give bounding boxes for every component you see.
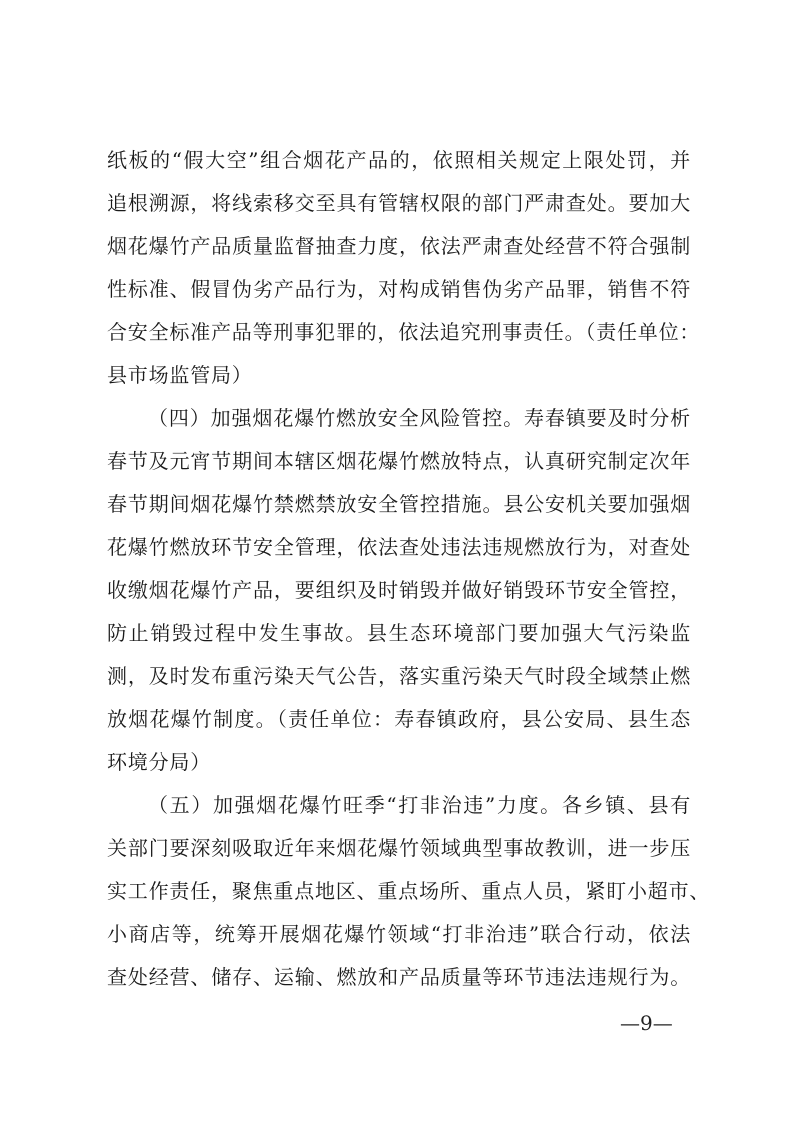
section-heading-line: （四）加强烟花爆竹燃放安全风险管控。寿春镇要及时分析	[107, 397, 691, 440]
text-line: 性标准、假冒伪劣产品行为，对构成销售伪劣产品罪，销售不符	[107, 268, 691, 311]
text-line: 放烟花爆竹制度。（责任单位：寿春镇政府，县公安局、县生态	[107, 698, 691, 741]
text-line: 小商店等，统筹开展烟花爆竹领域“打非治违”联合行动，依法	[107, 913, 691, 956]
text-line: 花爆竹燃放环节安全管理，依法查处违法违规燃放行为，对查处	[107, 526, 691, 569]
section-heading-line: （五）加强烟花爆竹旺季“打非治违”力度。各乡镇、县有	[107, 784, 691, 827]
document-body: 纸板的“假大空”组合烟花产品的，依照相关规定上限处罚，并 追根溯源，将线索移交至…	[107, 139, 697, 999]
text-line: 春节及元宵节期间本辖区烟花爆竹燃放特点，认真研究制定次年	[107, 440, 691, 483]
text-line: 关部门要深刻吸取近年来烟花爆竹领域典型事故教训，进一步压	[107, 827, 691, 870]
text-line: 春节期间烟花爆竹禁燃禁放安全管控措施。县公安机关要加强烟	[107, 483, 691, 526]
document-page: 纸板的“假大空”组合烟花产品的，依照相关规定上限处罚，并 追根溯源，将线索移交至…	[0, 0, 793, 1122]
text-line: 县市场监管局）	[107, 354, 697, 397]
text-line: 收缴烟花爆竹产品，要组织及时销毁并做好销毁环节安全管控，	[107, 569, 691, 612]
text-line: 查处经营、储存、运输、燃放和产品质量等环节违法违规行为。	[107, 956, 691, 999]
text-line: 纸板的“假大空”组合烟花产品的，依照相关规定上限处罚，并	[107, 139, 691, 182]
text-line: 追根溯源，将线索移交至具有管辖权限的部门严肃查处。要加大	[107, 182, 691, 225]
text-line: 合安全标准产品等刑事犯罪的，依法追究刑事责任。（责任单位：	[107, 311, 691, 354]
text-line: 测，及时发布重污染天气公告，落实重污染天气时段全域禁止燃	[107, 655, 691, 698]
text-line: 烟花爆竹产品质量监督抽查力度，依法严肃查处经营不符合强制	[107, 225, 691, 268]
text-line: 实工作责任，聚焦重点地区、重点场所、重点人员，紧盯小超市、	[107, 870, 691, 913]
text-line: 环境分局）	[107, 741, 697, 784]
page-number: —9—	[620, 1011, 673, 1035]
text-line: 防止销毁过程中发生事故。县生态环境部门要加强大气污染监	[107, 612, 691, 655]
